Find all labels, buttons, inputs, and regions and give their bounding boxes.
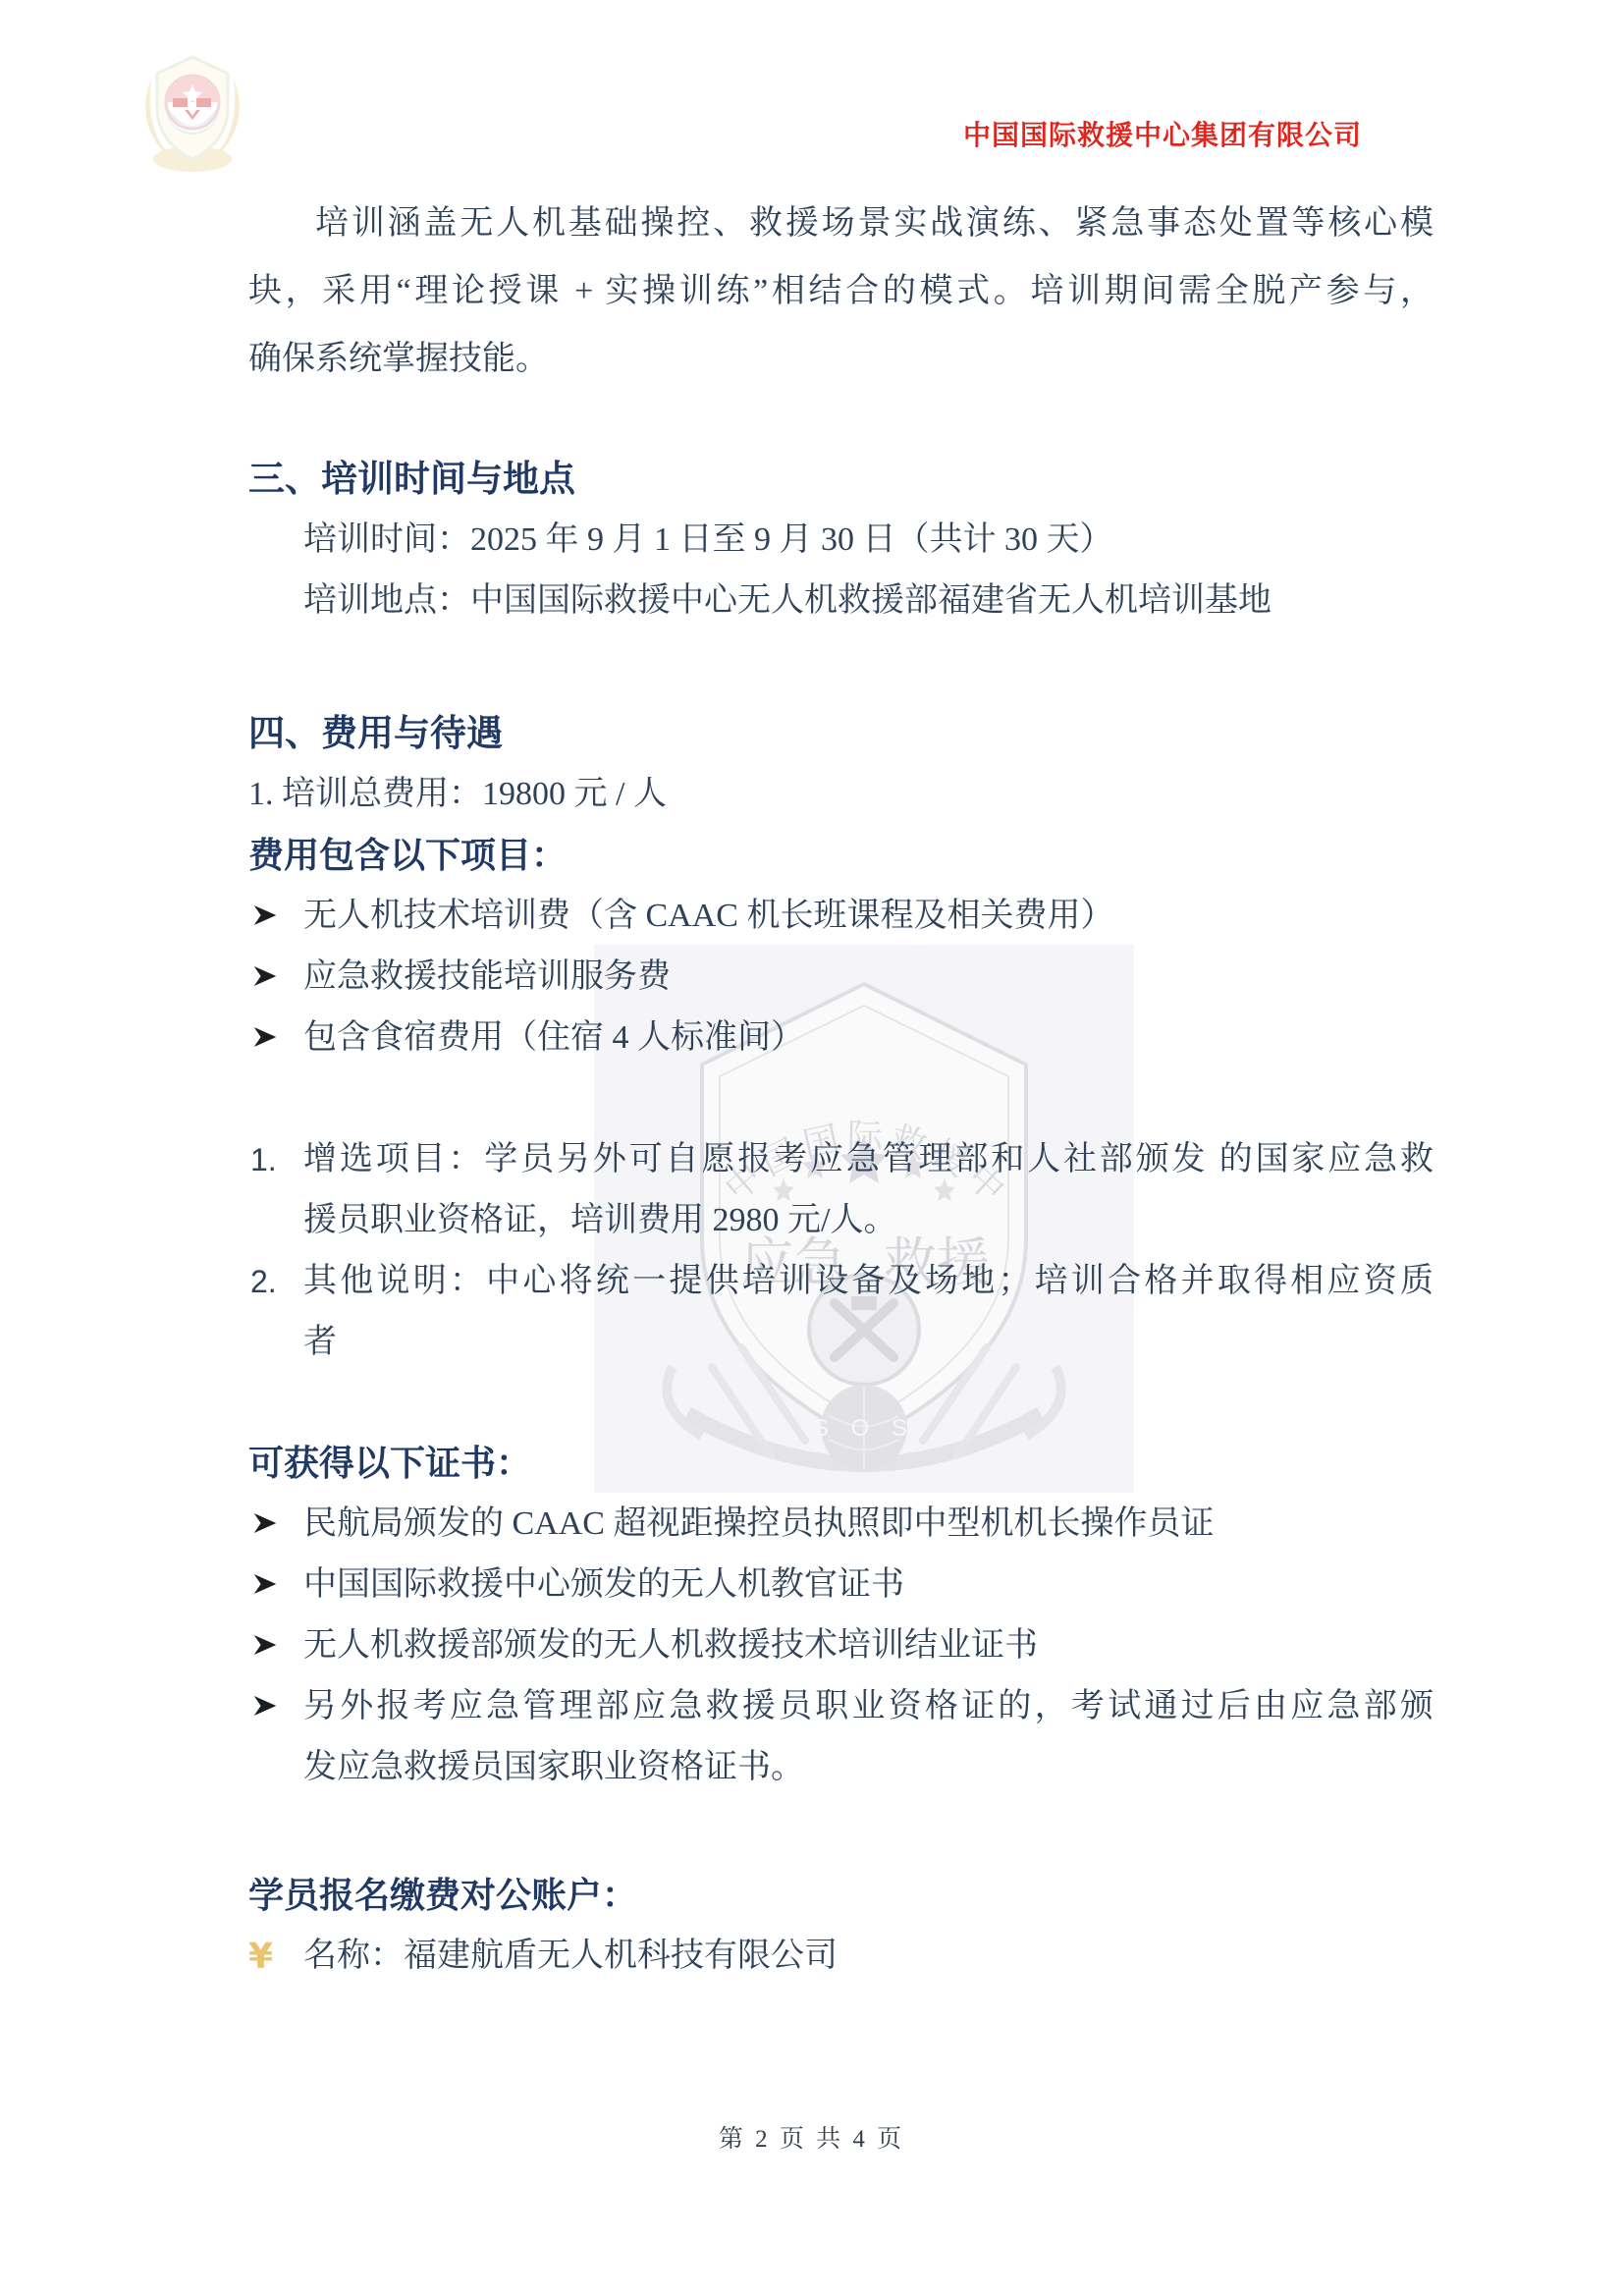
note-line: 者 — [303, 1312, 1434, 1373]
intro-line: 培训涵盖无人机基础操控、救援场景实战演练、紧急事态处置等核心模 — [248, 190, 1434, 257]
header-company-name: 中国国际救援中心集团有限公司 — [963, 114, 1362, 153]
yen-bullet-icon: ¥ — [248, 1927, 273, 1988]
note-number: 1. — [250, 1129, 277, 1190]
section-fees: 四、费用与待遇 1. 培训总费用：19800 元 / 人 费用包含以下项目： 无… — [248, 703, 1434, 1068]
certificate-text: 中国国际救援中心颁发的无人机教官证书 — [303, 1555, 1434, 1615]
fee-item: 无人机技术培训费（含 CAAC 机长班课程及相关费用） — [248, 886, 1434, 947]
arrow-bullet-icon — [250, 1630, 280, 1660]
section-time-place: 三、培训时间与地点 培训时间：2025 年 9 月 1 日至 9 月 30 日（… — [248, 449, 1434, 631]
arrow-bullet-icon — [250, 1508, 280, 1538]
certificate-item: 无人机救援部颁发的无人机救援技术培训结业证书 — [248, 1615, 1434, 1676]
section3-title: 三、培训时间与地点 — [248, 449, 1434, 510]
note-line: 其他说明：中心将统一提供培训设备及场地；培训合格并取得相应资质 — [303, 1251, 1434, 1312]
note-line: 援员职业资格证，培训费用 2980 元/人。 — [303, 1190, 1434, 1251]
fee-item-text: 无人机技术培训费（含 CAAC 机长班课程及相关费用） — [303, 886, 1434, 947]
certificate-item: 中国国际救援中心颁发的无人机教官证书 — [248, 1555, 1434, 1615]
certificate-text: 无人机救援部颁发的无人机救援技术培训结业证书 — [303, 1615, 1434, 1676]
fee-includes-title: 费用包含以下项目： — [248, 825, 1434, 886]
arrow-bullet-icon — [250, 961, 280, 991]
training-place: 培训地点：中国国际救援中心无人机救援部福建省无人机培训基地 — [248, 571, 1434, 631]
account-name-item: ¥ 名称：福建航盾无人机科技有限公司 — [248, 1926, 1434, 1987]
arrow-bullet-icon — [250, 1022, 280, 1052]
payment-account-section: 学员报名缴费对公账户： ¥ 名称：福建航盾无人机科技有限公司 — [248, 1865, 1434, 1987]
fee-item-text: 包含食宿费用（住宿 4 人标准间） — [303, 1008, 1434, 1068]
org-logo-emblem-graphic — [135, 49, 249, 175]
fee-total: 1. 培训总费用：19800 元 / 人 — [248, 764, 1434, 825]
account-name: 名称：福建航盾无人机科技有限公司 — [303, 1926, 1434, 1987]
fee-notes-list: 1. 增选项目：学员另外可自愿报考应急管理部和人社部颁发 的国家应急救 援员职业… — [248, 1129, 1434, 1373]
arrow-bullet-icon — [250, 901, 280, 930]
note-number: 2. — [250, 1251, 277, 1312]
intro-paragraph: 培训涵盖无人机基础操控、救援场景实战演练、紧急事态处置等核心模 块，采用“理论授… — [248, 190, 1434, 393]
note-item: 2. 其他说明：中心将统一提供培训设备及场地；培训合格并取得相应资质 者 — [248, 1251, 1434, 1373]
certificate-item: 民航局颁发的 CAAC 超视距操控员执照即中型机机长操作员证 — [248, 1494, 1434, 1555]
intro-line: 块，采用“理论授课 + 实操训练”相结合的模式。培训期间需全脱产参与， — [248, 257, 1434, 325]
arrow-bullet-icon — [250, 1569, 280, 1599]
certificate-text: 民航局颁发的 CAAC 超视距操控员执照即中型机机长操作员证 — [303, 1494, 1434, 1555]
certificate-item: 另外报考应急管理部应急救援员职业资格证的，考试通过后由应急部颁 发应急救援员国家… — [248, 1676, 1434, 1798]
page-footer: 第 2 页 共 4 页 — [0, 2119, 1623, 2155]
note-line: 增选项目：学员另外可自愿报考应急管理部和人社部颁发 的国家应急救 — [303, 1129, 1434, 1190]
document-body: 培训涵盖无人机基础操控、救援场景实战演练、紧急事态处置等核心模 块，采用“理论授… — [248, 190, 1434, 1987]
certificates-section: 可获得以下证书： 民航局颁发的 CAAC 超视距操控员执照即中型机机长操作员证 … — [248, 1433, 1434, 1798]
certificate-text: 另外报考应急管理部应急救援员职业资格证的，考试通过后由应急部颁 — [303, 1676, 1434, 1737]
arrow-bullet-icon — [250, 1691, 280, 1721]
fee-item: 应急救援技能培训服务费 — [248, 947, 1434, 1008]
note-item: 1. 增选项目：学员另外可自愿报考应急管理部和人社部颁发 的国家应急救 援员职业… — [248, 1129, 1434, 1251]
fee-item: 包含食宿费用（住宿 4 人标准间） — [248, 1008, 1434, 1068]
intro-line: 确保系统掌握技能。 — [248, 325, 1434, 393]
document-page-2: 中国国际救援中心集团有限公司 中国国际救援中心 应急 救援 — [0, 0, 1623, 2296]
certificates-title: 可获得以下证书： — [248, 1433, 1434, 1494]
org-logo-emblem — [135, 49, 249, 175]
payment-account-title: 学员报名缴费对公账户： — [248, 1865, 1434, 1926]
fee-item-text: 应急救援技能培训服务费 — [303, 947, 1434, 1008]
certificate-text: 发应急救援员国家职业资格证书。 — [303, 1737, 1434, 1798]
training-time: 培训时间：2025 年 9 月 1 日至 9 月 30 日（共计 30 天） — [248, 510, 1434, 571]
section4-title: 四、费用与待遇 — [248, 703, 1434, 764]
